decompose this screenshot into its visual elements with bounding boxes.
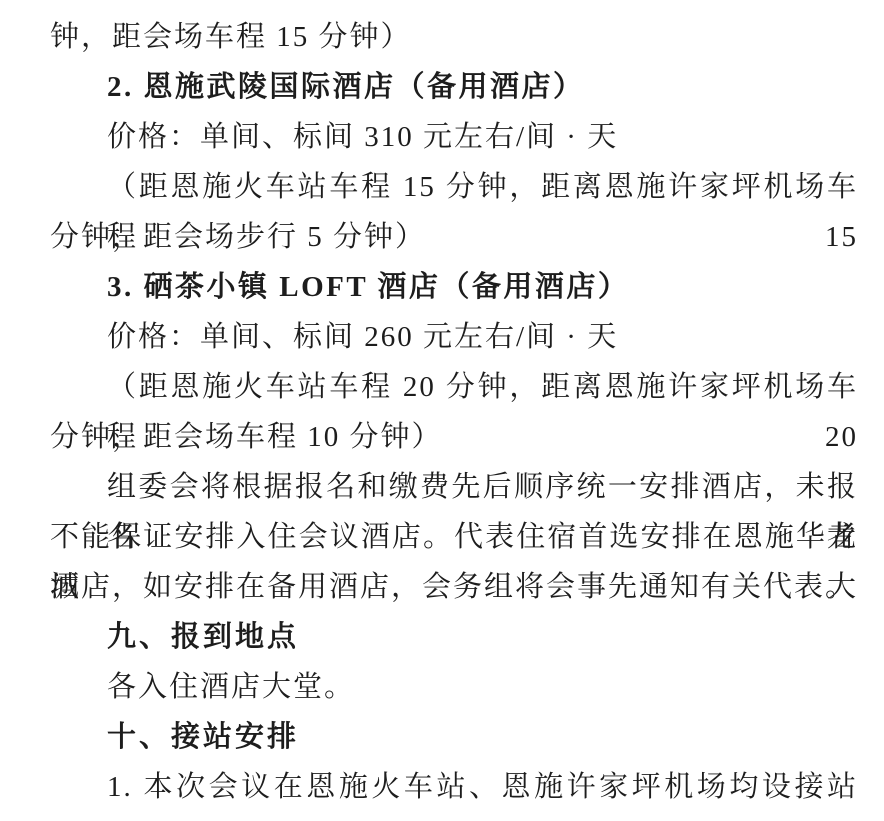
hotel-assignment-paragraph-line-3: 酒店，如安排在备用酒店，会务组将会事先通知有关代表。 [50, 562, 858, 612]
section-10-heading-pickup-arrangement: 十、接站安排 [50, 712, 858, 762]
hotel-3-distance-line-1: （距恩施火车站车程 20 分钟，距离恩施许家坪机场车程 20 [50, 362, 858, 412]
hotel-3-heading: 3. 硒茶小镇 LOFT 酒店（备用酒店） [50, 262, 858, 312]
section-9-body-checkin-location: 各入住酒店大堂。 [50, 662, 858, 712]
paragraph-continuation-hotel1-distance: 钟，距会场车程 15 分钟） [50, 12, 858, 62]
hotel-assignment-paragraph-line-1: 组委会将根据报名和缴费先后顺序统一安排酒店，未报名者 [50, 462, 858, 512]
hotel-3-price: 价格：单间、标间 260 元左右/间 · 天 [50, 312, 858, 362]
hotel-2-heading: 2. 恩施武陵国际酒店（备用酒店） [50, 62, 858, 112]
hotel-assignment-paragraph-line-2: 不能保证安排入住会议酒店。代表住宿首选安排在恩施华龙城大 [50, 512, 858, 562]
document-page: 钟，距会场车程 15 分钟） 2. 恩施武陵国际酒店（备用酒店） 价格：单间、标… [0, 0, 884, 821]
section-9-heading-checkin-location: 九、报到地点 [50, 612, 858, 662]
section-10-item-1-pickup-points: 1. 本次会议在恩施火车站、恩施许家坪机场均设接站点，接 [50, 762, 858, 812]
hotel-2-price: 价格：单间、标间 310 元左右/间 · 天 [50, 112, 858, 162]
hotel-2-distance-line-1: （距恩施火车站车程 15 分钟，距离恩施许家坪机场车程 15 [50, 162, 858, 212]
